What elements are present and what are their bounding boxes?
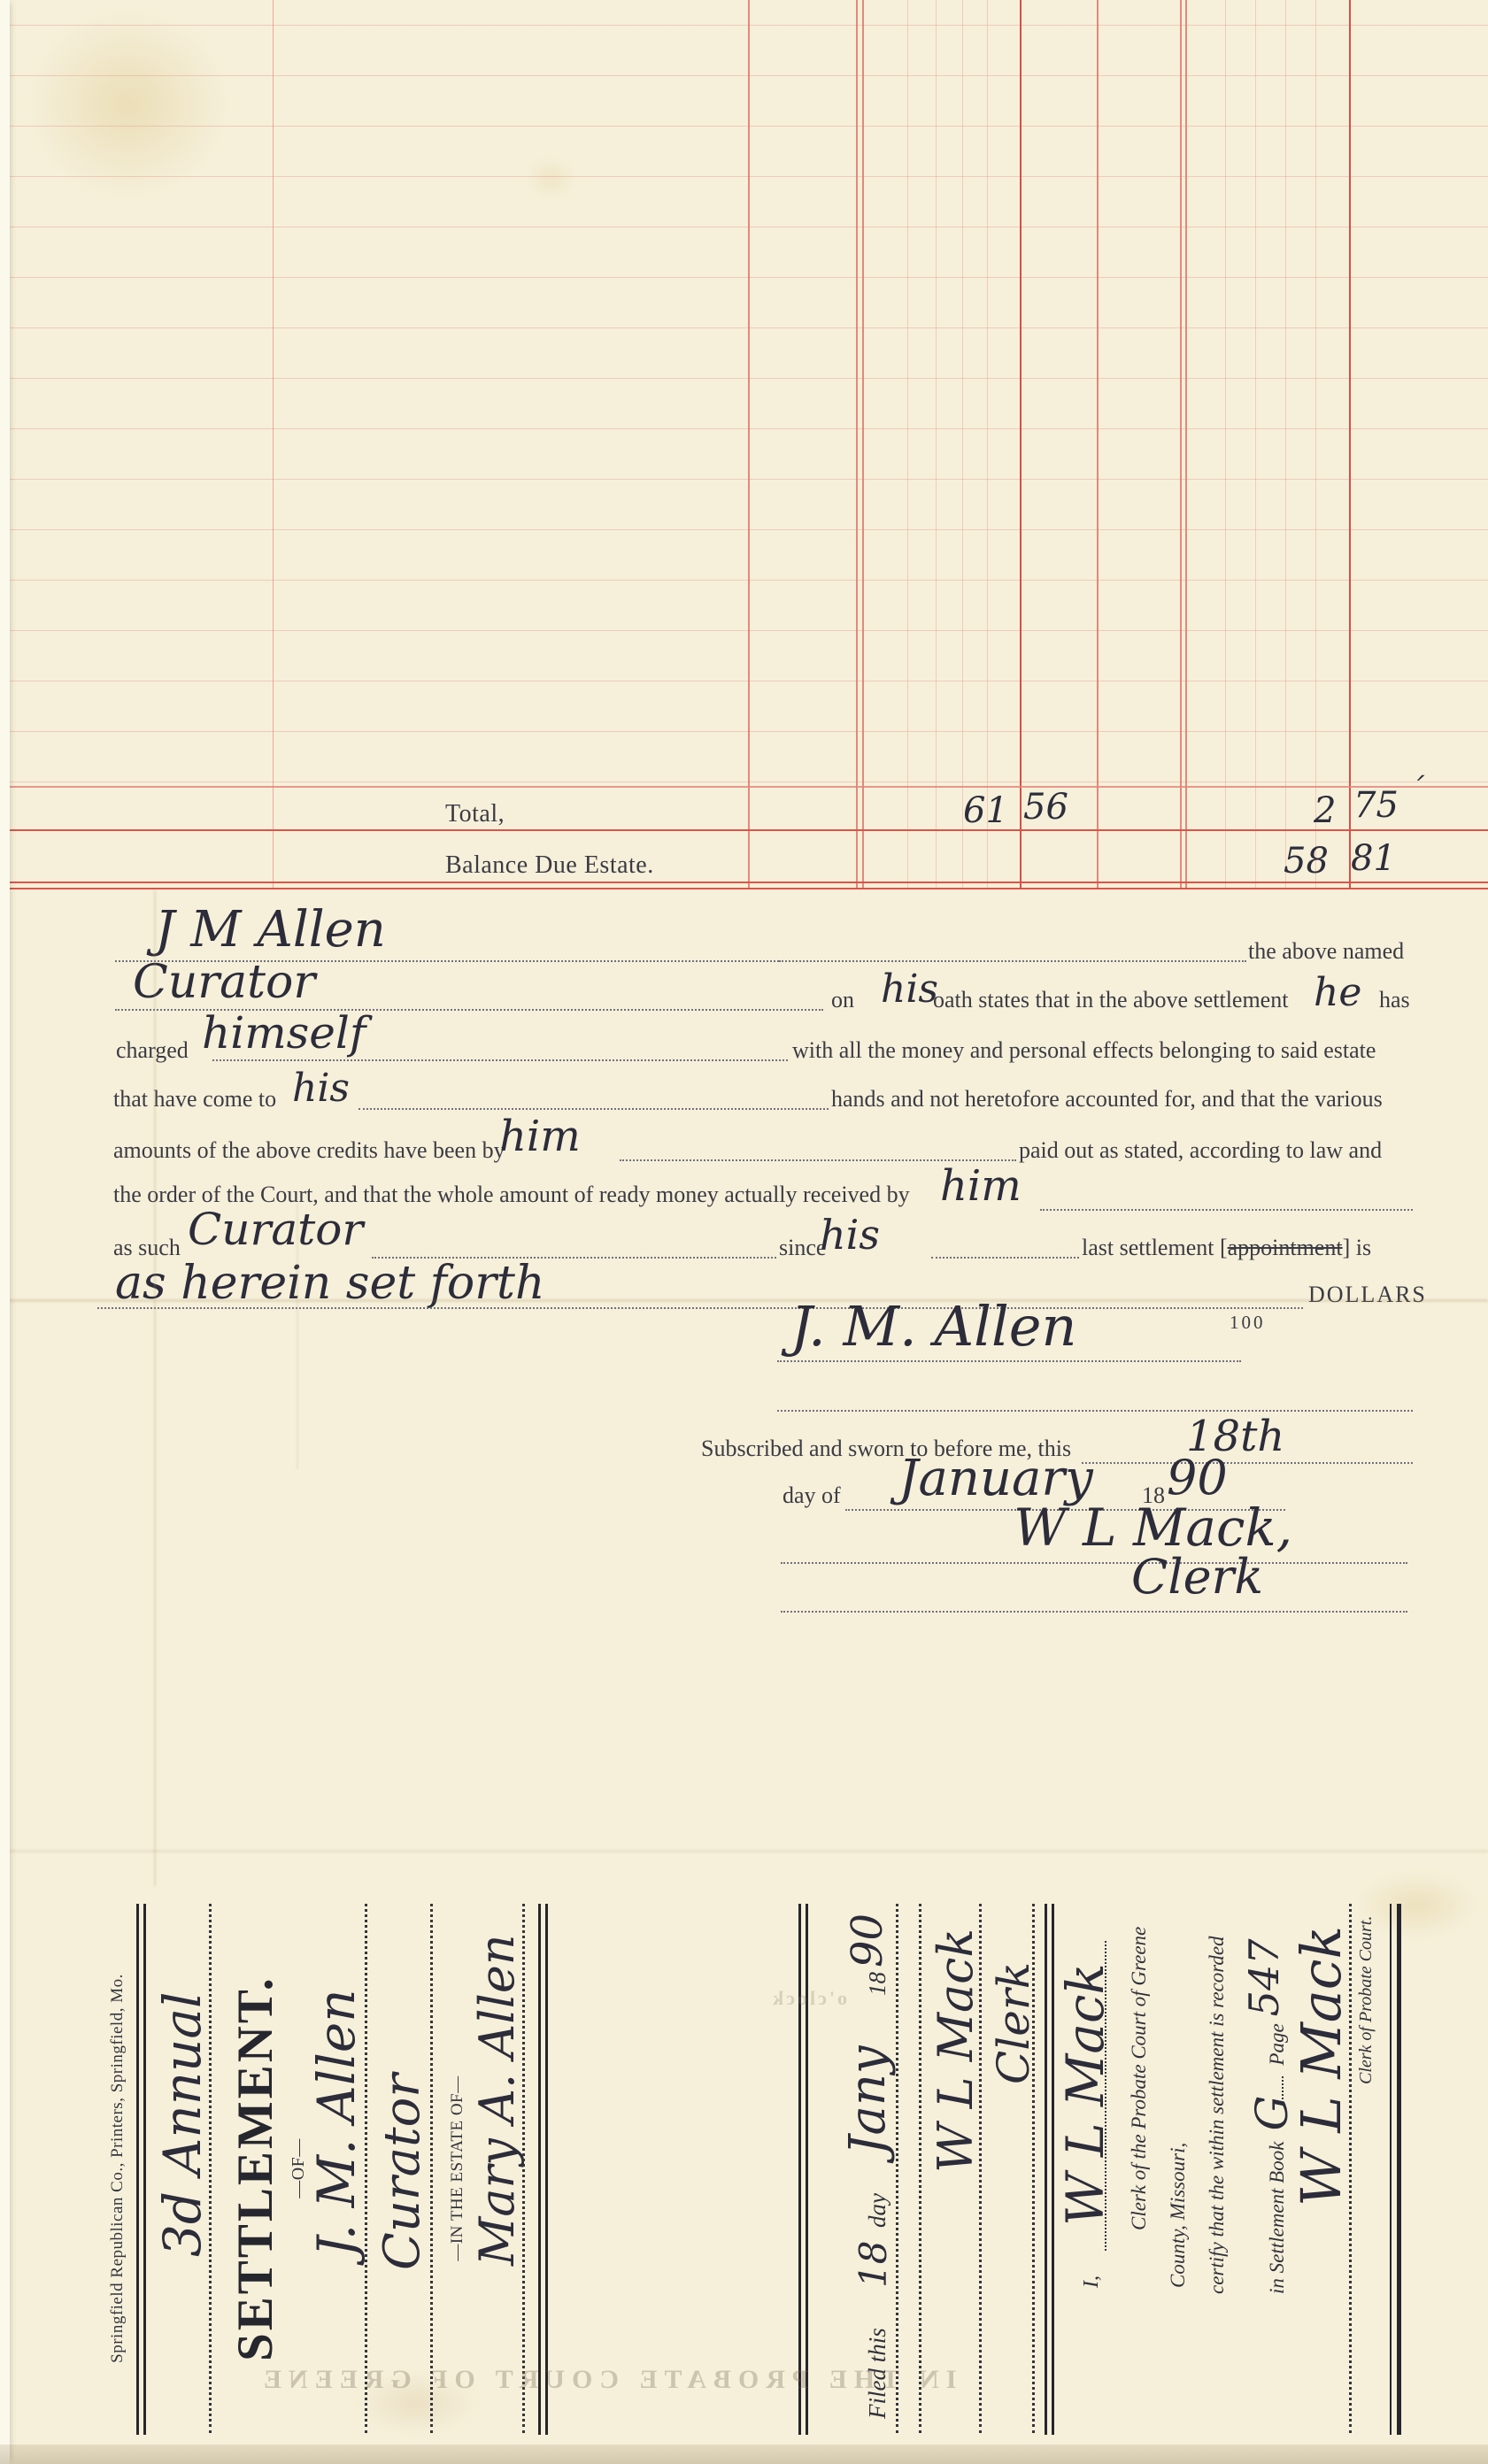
dollars-label: DOLLARS — [1308, 1282, 1427, 1308]
signature-line — [777, 1360, 1241, 1362]
cert-clerk-label: Clerk of Probate Court. — [1356, 1916, 1376, 2084]
handwritten-he: he — [1314, 970, 1361, 1015]
form-text: last settlement [appointment] is — [1082, 1235, 1371, 1261]
balance-label: Balance Due Estate. — [445, 851, 654, 880]
docket-clerk-signature: W L Mack — [928, 1929, 983, 2173]
cert-book-line: in Settlement Book G Page 547 — [1243, 1905, 1294, 2294]
ledger-vertical-rule — [962, 0, 963, 889]
docket-title: SETTLEMENT. — [227, 1898, 284, 2438]
docket-rule — [1390, 1904, 1401, 2435]
balance-underline — [0, 882, 1488, 883]
ledger-vertical-rule — [1185, 0, 1187, 889]
docket-blank-line — [365, 1904, 367, 2433]
docket-blank-line — [896, 1904, 898, 2433]
fold-crease — [0, 1850, 1488, 1852]
ledger-vertical-rule — [1349, 0, 1351, 889]
pen-tick-mark: ´ — [1409, 772, 1424, 807]
ledger-vertical-rule — [1180, 0, 1182, 889]
docket-blank-line — [979, 1904, 982, 2433]
cert-i: I, — [1080, 2275, 1104, 2288]
fold-crease — [154, 890, 156, 1886]
docket-name: J. M. Allen — [306, 1989, 366, 2257]
filed-month-script: Jany — [839, 2045, 897, 2155]
cert-book-pre: in Settlement Book — [1266, 2142, 1288, 2294]
ledger-vertical-rule — [987, 0, 988, 889]
cert-signature: W L Mack — [1289, 1926, 1353, 2206]
balance-underline-2 — [0, 888, 1488, 889]
form-text: oath states that in the above settlement — [933, 987, 1288, 1013]
blank-line — [779, 960, 1246, 962]
clerk-signature-line — [781, 1562, 1407, 1564]
blank-line — [359, 1108, 829, 1110]
form-text: with all the money and personal effects … — [792, 1037, 1376, 1064]
form-text: has — [1379, 987, 1410, 1013]
docket-panel: Springfield Republican Co., Printers, Sp… — [106, 1898, 1452, 2438]
ledger-faint-rules — [0, 25, 1488, 782]
filed-year-printed: 18 — [864, 1972, 891, 1996]
form-text: hands and not heretofore accounted for, … — [831, 1086, 1383, 1113]
ledger-vertical-rule — [273, 0, 274, 889]
ledger-vertical-rule — [862, 0, 864, 889]
scanned-document: Total, Balance Due Estate. 61 56 2 75 ´ … — [0, 0, 1488, 2464]
form-text: amounts of the above credits have been b… — [113, 1137, 505, 1164]
total-amount-dollars-1: 61 — [963, 790, 1008, 831]
ledger-vertical-rule — [936, 0, 937, 889]
handwritten-role: Curator — [133, 956, 315, 1009]
docket-estate-label: —IN THE ESTATE OF— — [448, 1898, 467, 2438]
form-text: paid out as stated, according to law and — [1019, 1137, 1382, 1164]
blank-line — [212, 1059, 788, 1061]
blank-line — [97, 1307, 1303, 1309]
blank-line — [777, 1410, 1413, 1412]
cents-fraction: 100 — [1230, 1312, 1266, 1334]
form-text: that have come to — [113, 1086, 276, 1113]
bleedthrough-text: o'clock — [770, 1987, 847, 2010]
total-amount-cents-2: 75 — [1353, 785, 1399, 826]
handwritten-herein: as herein set forth — [115, 1257, 544, 1310]
docket-blank-line — [430, 1904, 433, 2433]
affiant-signature: J. M. Allen — [790, 1294, 1076, 1359]
docket-estate-name: Mary A. Allen — [469, 1934, 525, 2266]
struck-word-appointment: appointment — [1228, 1235, 1343, 1260]
ledger-vertical-rule — [1225, 0, 1226, 889]
balance-amount-dollars: 58 — [1284, 841, 1329, 882]
handwritten-his: his — [292, 1066, 350, 1111]
clerk-title-line — [781, 1611, 1407, 1613]
ledger-vertical-rule — [1255, 0, 1256, 889]
ledger-vertical-rule — [856, 0, 858, 889]
ledger-vertical-rule — [1285, 0, 1286, 889]
docket-rule — [798, 1904, 808, 2435]
handwritten-name: J M Allen — [155, 901, 386, 959]
docket-blank-line — [209, 1904, 212, 2433]
docket-role: Curator — [374, 2074, 431, 2270]
filed-day-word: day — [864, 2193, 891, 2228]
docket-rule — [538, 1904, 548, 2435]
form-text: day of — [783, 1482, 841, 1509]
handwritten-his: his — [820, 1211, 880, 1259]
cert-line2: County, Missouri, — [1167, 2143, 1190, 2288]
ledger-vertical-rule — [1020, 0, 1022, 889]
total-label: Total, — [445, 800, 505, 828]
handwritten-him: him — [499, 1112, 581, 1161]
blank-line — [931, 1257, 1079, 1259]
form-text: charged — [116, 1037, 189, 1064]
fold-crease — [297, 1204, 298, 1469]
form-text: ] is — [1343, 1235, 1372, 1260]
cert-name-script: W L Mack — [1055, 1963, 1115, 2226]
docket-filed-line: Filed this 18 day Jany 18 90 — [837, 1898, 896, 2438]
total-amount-cents-1: 56 — [1023, 787, 1068, 828]
handwritten-himself: himself — [202, 1007, 366, 1059]
printer-imprint: Springfield Republican Co., Printers, Sp… — [108, 1898, 127, 2438]
ledger-vertical-rule — [907, 0, 908, 889]
total-amount-dollars-2: 2 — [1314, 790, 1336, 831]
form-text: last settlement [ — [1082, 1235, 1228, 1260]
paper-edge — [0, 2445, 1488, 2464]
handwritten-his: his — [881, 966, 938, 1012]
cert-page-word: Page — [1266, 2023, 1288, 2065]
blank-line — [1040, 1209, 1413, 1211]
cert-line1: Clerk of the Probate Court of Greene — [1128, 1927, 1151, 2230]
docket-annual: 3d Annual — [152, 1991, 212, 2257]
handwritten-role: Curator — [188, 1204, 363, 1255]
cert-line3: certify that the within settlement is re… — [1206, 1936, 1229, 2294]
balance-amount-cents: 81 — [1351, 838, 1396, 879]
fold-crease — [0, 1299, 1488, 1302]
paper-edge — [0, 0, 10, 2464]
handwritten-him: him — [940, 1161, 1022, 1211]
form-text: the above named — [1248, 938, 1404, 965]
cert-page-script: 547 — [1240, 1939, 1288, 2017]
form-text: on — [831, 987, 854, 1013]
ledger-vertical-rule — [1097, 0, 1099, 889]
docket-blank-line — [522, 1904, 525, 2433]
docket-rule — [1045, 1904, 1054, 2435]
docket-rule — [136, 1904, 146, 2435]
ledger-vertical-rule — [1315, 0, 1316, 889]
blank-line — [1082, 1462, 1413, 1464]
total-underline — [0, 829, 1488, 831]
docket-blank-line — [919, 1904, 921, 2433]
filed-day-script: 18 — [852, 2241, 895, 2288]
cert-signature-line — [1349, 1904, 1352, 2433]
filed-year-script: 90 — [843, 1913, 892, 1967]
ledger-vertical-rule — [748, 0, 750, 889]
ledger-horizontal-rule — [0, 786, 1488, 788]
docket-blank-line — [1032, 1904, 1035, 2433]
bleedthrough-text: IN THE PROBATE COURT OF GREENE — [257, 2365, 956, 2395]
clerk-title: Clerk — [1131, 1549, 1263, 1605]
